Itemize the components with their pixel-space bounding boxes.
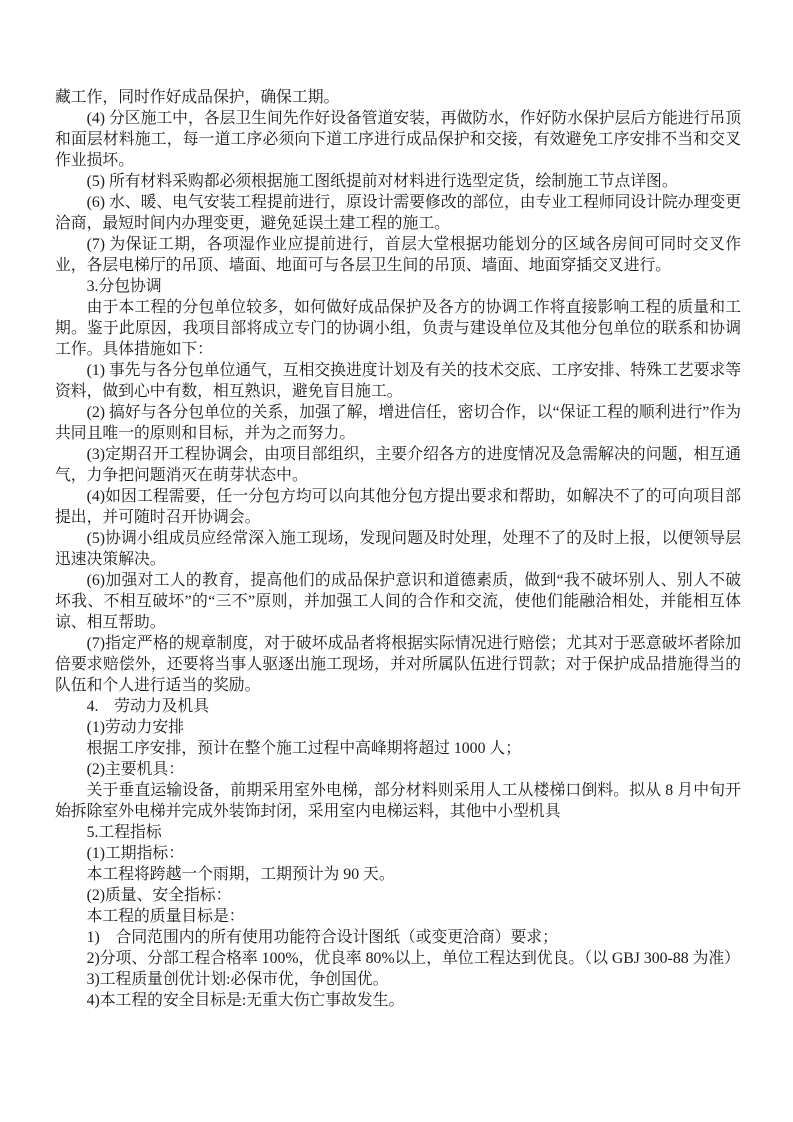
paragraph: (3)定期召开工程协调会，由项目部组织，主要介绍各方的进度情况及急需解决的问题，… — [55, 444, 741, 486]
paragraph: 5.工程指标 — [55, 822, 741, 843]
paragraph: (6) 水、暖、电气安装工程提前进行，原设计需要修改的部位，由专业工程师同设计院… — [55, 192, 741, 234]
paragraph: (1)劳动力安排 — [55, 717, 741, 738]
document-page: 藏工作，同时作好成品保护，确保工期。(4) 分区施工中，各层卫生间先作好设备管道… — [0, 0, 793, 1122]
paragraph: (7)指定严格的规章制度，对于破坏成品者将根据实际情况进行赔偿；尤其对于恶意破坏… — [55, 633, 741, 696]
paragraph: 本工程的质量目标是： — [55, 906, 741, 927]
paragraph: 3.分包协调 — [55, 276, 741, 297]
paragraph: (4)如因工程需要，任一分包方均可以向其他分包方提出要求和帮助，如解决不了的可向… — [55, 486, 741, 528]
paragraph: (2)主要机具： — [55, 759, 741, 780]
paragraph: (7) 为保证工期，各项湿作业应提前进行，首层大堂根据功能划分的区域各房间可同时… — [55, 234, 741, 276]
paragraph: (1) 事先与各分包单位通气，互相交换进度计划及有关的技术交底、工序安排、特殊工… — [55, 360, 741, 402]
paragraph: 本工程将跨越一个雨期，工期预计为 90 天。 — [55, 864, 741, 885]
paragraph: 1) 合同范围内的所有使用功能符合设计图纸（或变更洽商）要求； — [55, 927, 741, 948]
paragraph: 2)分项、分部工程合格率 100%，优良率 80%以上，单位工程达到优良。（以 … — [55, 948, 741, 969]
paragraph: (4) 分区施工中，各层卫生间先作好设备管道安装，再做防水，作好防水保护层后方能… — [55, 108, 741, 171]
paragraph: 关于垂直运输设备，前期采用室外电梯，部分材料则采用人工从楼梯口倒料。拟从 8 月… — [55, 780, 741, 822]
paragraph: (1)工期指标： — [55, 843, 741, 864]
paragraph: 根据工序安排，预计在整个施工过程中高峰期将超过 1000 人； — [55, 738, 741, 759]
document-body: 藏工作，同时作好成品保护，确保工期。(4) 分区施工中，各层卫生间先作好设备管道… — [55, 87, 741, 1011]
paragraph: 4. 劳动力及机具 — [55, 696, 741, 717]
paragraph: (6)加强对工人的教育，提高他们的成品保护意识和道德素质，做到“我不破坏别人、别… — [55, 570, 741, 633]
paragraph: 4)本工程的安全目标是:无重大伤亡事故发生。 — [55, 990, 741, 1011]
paragraph: 藏工作，同时作好成品保护，确保工期。 — [55, 87, 741, 108]
paragraph: 3)工程质量创优计划:必保市优，争创国优。 — [55, 969, 741, 990]
paragraph: (2)质量、安全指标： — [55, 885, 741, 906]
paragraph: 由于本工程的分包单位较多，如何做好成品保护及各方的协调工作将直接影响工程的质量和… — [55, 297, 741, 360]
paragraph: (2) 搞好与各分包单位的关系，加强了解，增进信任，密切合作，以“保证工程的顺利… — [55, 402, 741, 444]
paragraph: (5) 所有材料采购都必须根据施工图纸提前对材料进行选型定货，绘制施工节点详图。 — [55, 171, 741, 192]
paragraph: (5)协调小组成员应经常深入施工现场，发现问题及时处理，处理不了的及时上报，以便… — [55, 528, 741, 570]
